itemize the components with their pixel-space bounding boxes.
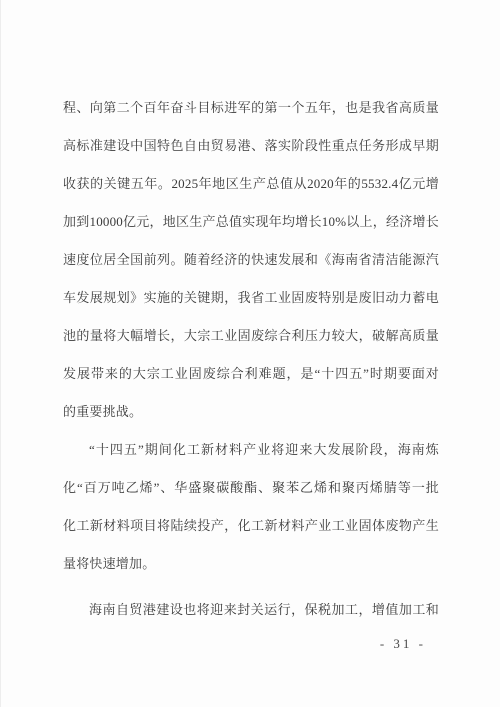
text-line: 海南自贸港建设也将迎来封关运行，保税加工，增值加工和: [63, 591, 439, 629]
document-body-text: 程、向第二个百年奋斗目标进军的第一个五年，也是我省高质量 高标准建设中国特色自由…: [63, 89, 439, 629]
page-number: - 31 -: [380, 636, 426, 652]
text-line: 化“百万吨乙烯”、华盛聚碳酸酯、聚苯乙烯和聚丙烯腈等一批: [63, 469, 439, 507]
text-line: 量将快速增加。: [63, 545, 439, 583]
text-line: 速度位居全国前列。随着经济的快速发展和《海南省清洁能源汽: [63, 241, 439, 279]
text-line: 化工新材料项目将陆续投产，化工新材料产业工业固体废物产生: [63, 507, 439, 545]
text-line: 发展带来的大宗工业固废综合利难题，是“十四五”时期要面对: [63, 355, 439, 393]
text-line: “十四五”期间化工新材料产业将迎来大发展阶段，海南炼: [63, 431, 439, 469]
text-line: 的重要挑战。: [63, 393, 439, 431]
text-line: 加到10000亿元，地区生产总值实现年均增长10%以上，经济增长: [63, 203, 439, 241]
text-line: 收获的关键五年。2025年地区生产总值从2020年的5532.4亿元增: [63, 165, 439, 203]
paragraph-2: “十四五”期间化工新材料产业将迎来大发展阶段，海南炼 化“百万吨乙烯”、华盛聚碳…: [63, 431, 439, 583]
paragraph-3: 海南自贸港建设也将迎来封关运行，保税加工，增值加工和: [63, 591, 439, 629]
text-line: 程、向第二个百年奋斗目标进军的第一个五年，也是我省高质量: [63, 89, 439, 127]
paragraph-1: 程、向第二个百年奋斗目标进军的第一个五年，也是我省高质量 高标准建设中国特色自由…: [63, 89, 439, 431]
text-line: 车发展规划》实施的关键期，我省工业固废特别是废旧动力蓄电: [63, 279, 439, 317]
text-line: 高标准建设中国特色自由贸易港、落实阶段性重点任务形成早期: [63, 127, 439, 165]
text-line: 池的量将大幅增长，大宗工业固废综合利压力较大，破解高质量: [63, 317, 439, 355]
document-page: 程、向第二个百年奋斗目标进军的第一个五年，也是我省高质量 高标准建设中国特色自由…: [0, 0, 500, 707]
